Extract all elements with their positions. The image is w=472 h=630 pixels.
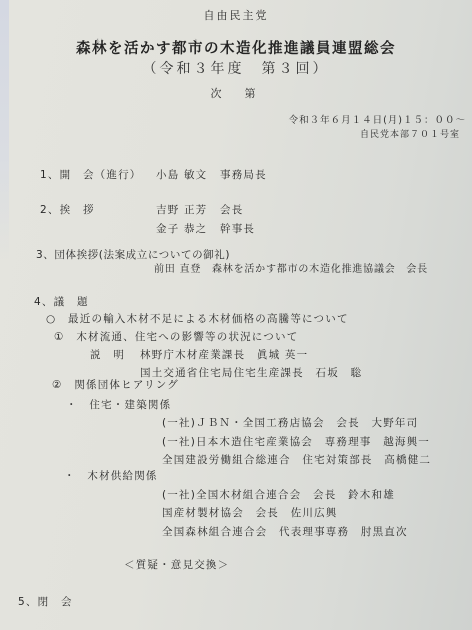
page-edge [0,0,9,260]
item4-sub2: ② 関係団体ヒアリング [52,380,179,391]
meeting-location: 自民党本部７０１号室 [360,131,460,140]
item1-role: 事務局長 [220,170,267,181]
timber-entry-1: (一社)全国木材組合連合会 会長 鈴木和雄 [162,490,395,501]
housing-entry-3: 全国建設労働組合総連合 住宅対策部長 高橋健二 [162,455,431,466]
item2-speaker-1-role: 会長 [220,205,243,216]
item4-topic: ○ 最近の輸入木材不足による木材価格の高騰等について [46,314,349,325]
session-subtitle: （令和３年度 第３回） [0,62,472,76]
group-timber-label: ・ 木材供給関係 [64,471,158,482]
agenda-heading: 次 第 [0,88,472,99]
agenda-item-3: 3、団体挨拶(法案成立についての御礼) [36,250,230,261]
item3-speaker: 前田 直登 森林を活かす都市の木造化推進協議会 会長 [154,265,428,275]
discussion-label: ＜質疑・意見交換＞ [124,560,229,571]
agenda-item-2: 2、挨 拶 [40,205,95,216]
agenda-item-4: 4、議 題 [34,297,89,308]
item1-person: 小島 敏文 [156,170,207,181]
item2-speaker-2-person: 金子 恭之 [156,224,207,235]
meeting-datetime: 令和３年６月１４日(月)１５：００～ [289,116,466,126]
explainer-2: 国土交通省住宅局住宅生産課長 石坂 聡 [140,368,362,379]
agenda-item-1: 1、開 会（進行） [40,170,141,181]
explain-label: 説 明 [90,350,125,361]
timber-entry-2: 国産材製材協会 会長 佐川広興 [162,508,338,519]
group-housing-label: ・ 住宅・建築関係 [66,400,171,411]
housing-entry-1: (一社)ＪＢＮ・全国工務店協会 会長 大野年司 [162,418,418,429]
item2-speaker-1-person: 吉野 正芳 [156,205,207,216]
document-title: 森林を活かす都市の木造化推進議員連盟総会 [0,42,472,57]
agenda-item-5: 5、閉 会 [18,597,73,608]
housing-entry-2: (一社)日本木造住宅産業協会 専務理事 越海興一 [162,437,430,448]
organization-name: 自由民主党 [0,10,472,21]
item4-sub1: ① 木材流通、住宅への影響等の状況について [54,332,298,343]
item2-speaker-2-role: 幹事長 [220,224,255,235]
explainer-1: 林野庁木材産業課長 眞城 英一 [140,350,308,361]
timber-entry-3: 全国森林組合連合会 代表理事専務 肘黒直次 [162,527,408,538]
